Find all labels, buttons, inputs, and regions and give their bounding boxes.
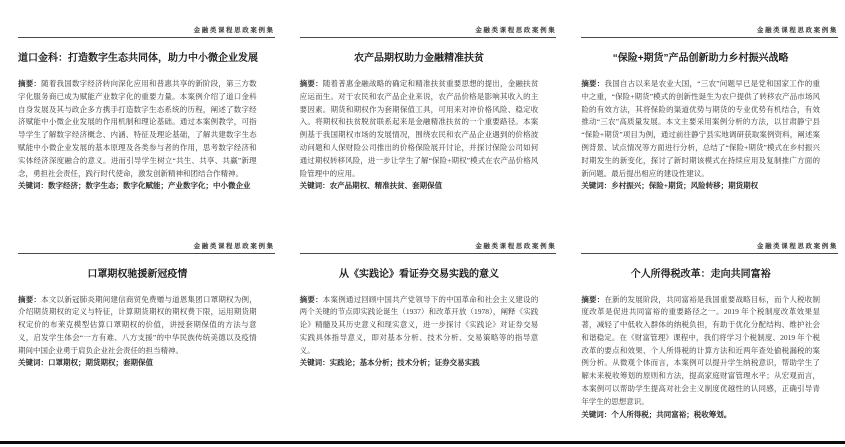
case-keywords: 关键词：数字经济；数字生态；数字化赋能；产业数字化；中小微企业 [18, 180, 257, 193]
page-header: 金融类课程思政案例集 [300, 243, 557, 254]
keywords-text: 农产品期权、精准扶贫、套期保值 [330, 181, 443, 190]
bottom-border-bar [0, 441, 845, 444]
collection-title-header: 金融类课程思政案例集 [300, 243, 557, 251]
case-abstract: 摘要：我国自古以来是农业大国，“三农”问题早已是党和国家工作的重中之重，“保险+… [581, 78, 820, 180]
abstract-label: 摘要： [18, 295, 41, 304]
case-title: 个人所得税改革：走向共同富裕 [581, 268, 820, 281]
header-rule [300, 253, 557, 254]
page-header: 金融类课程思政案例集 [18, 243, 275, 254]
case-keywords: 关键词：口罩期权；期货期权；套期保值 [18, 357, 257, 370]
keywords-text: 乡村振兴；保险+期货；风险转移；期货期权 [611, 181, 758, 190]
collection-title-header: 金融类课程思政案例集 [18, 27, 275, 35]
collection-title-header: 金融类课程思政案例集 [581, 243, 838, 251]
page-header: 金融类课程思政案例集 [581, 243, 838, 254]
page-header: 金融类课程思政案例集 [18, 27, 275, 38]
case-abstract: 摘要：随着普惠金融战略的确定和精准扶贫重要思想的提出，金融扶贫应运而生。对于农民… [300, 78, 539, 180]
keywords-text: 个人所得税；共同富裕；税收筹划。 [611, 410, 731, 419]
case-page-4: 金融类课程思政案例集 口罩期权驰援新冠疫情 摘要：本文以新冠肺炎期间建信商贸免费… [0, 224, 282, 447]
case-page-1: 金融类课程思政案例集 道口金科：打造数字生态共同体，助力中小微企业发展 摘要：随… [0, 0, 282, 224]
abstract-label: 摘要： [581, 295, 604, 304]
keywords-label: 关键词： [581, 410, 611, 419]
abstract-label: 摘要： [300, 79, 323, 88]
abstract-text: 随着普惠金融战略的确定和精准扶贫重要思想的提出，金融扶贫应运而生。对于农民和农产… [300, 79, 539, 178]
case-title: “保险+期货”产品创新助力乡村振兴战略 [581, 52, 820, 65]
page-header: 金融类课程思政案例集 [581, 27, 838, 38]
case-title: 口罩期权驰援新冠疫情 [18, 268, 257, 281]
collection-title-header: 金融类课程思政案例集 [581, 27, 838, 35]
case-keywords: 关键词：个人所得税；共同富裕；税收筹划。 [581, 409, 820, 422]
abstract-text: 我国自古以来是农业大国，“三农”问题早已是党和国家工作的重中之重，“保险+期货”… [581, 79, 820, 178]
header-rule [581, 37, 838, 38]
case-page-3: 金融类课程思政案例集 “保险+期货”产品创新助力乡村振兴战略 摘要：我国自古以来… [563, 0, 845, 224]
case-pages-grid: 金融类课程思政案例集 道口金科：打造数字生态共同体，助力中小微企业发展 摘要：随… [0, 0, 845, 447]
keywords-text: 实践论；基本分析；技术分析；证券交易实践 [330, 358, 480, 367]
collection-title-header: 金融类课程思政案例集 [300, 27, 557, 35]
case-abstract: 摘要：本文以新冠肺炎期间建信商贸免费赠与道恩集团口罩期权为例，介绍期货期权的定义… [18, 294, 257, 358]
case-page-6: 金融类课程思政案例集 个人所得税改革：走向共同富裕 摘要：在新的发展阶段，共同富… [563, 224, 845, 447]
header-rule [581, 253, 838, 254]
case-page-5: 金融类课程思政案例集 从《实践论》看证券交易实践的意义 摘要：本案例通过回顾中国… [282, 224, 564, 447]
keywords-text: 口罩期权；期货期权；套期保值 [48, 358, 153, 367]
collection-title-header: 金融类课程思政案例集 [18, 243, 275, 251]
abstract-text: 在新的发展阶段，共同富裕是我国重要战略目标，而个人税收制度改革是促进共同富裕的重… [581, 295, 820, 406]
header-rule [18, 253, 275, 254]
case-title: 道口金科：打造数字生态共同体，助力中小微企业发展 [18, 52, 257, 65]
abstract-text: 本文以新冠肺炎期间建信商贸免费赠与道恩集团口罩期权为例，介绍期货期权的定义与特征… [18, 295, 257, 355]
case-keywords: 关键词：农产品期权、精准扶贫、套期保值 [300, 180, 539, 193]
case-abstract: 摘要：本案例通过回顾中国共产党领导下的中国革命和社会主义建设的两个关键的节点即实… [300, 294, 539, 358]
case-title: 从《实践论》看证券交易实践的意义 [300, 268, 539, 281]
page-header: 金融类课程思政案例集 [300, 27, 557, 38]
case-abstract: 摘要：在新的发展阶段，共同富裕是我国重要战略目标，而个人税收制度改革是促进共同富… [581, 294, 820, 409]
abstract-text: 随着我国数字经济转向深化应用和普惠共享的新阶段，第三方数字化服务商已成为赋能产业… [18, 79, 257, 178]
abstract-label: 摘要： [300, 295, 323, 304]
header-rule [300, 37, 557, 38]
case-title: 农产品期权助力金融精准扶贫 [300, 52, 539, 65]
abstract-text: 本案例通过回顾中国共产党领导下的中国革命和社会主义建设的两个关键的节点即实践论诞… [300, 295, 539, 355]
abstract-label: 摘要： [18, 79, 41, 88]
case-keywords: 关键词：实践论；基本分析；技术分析；证券交易实践 [300, 357, 539, 370]
abstract-label: 摘要： [581, 79, 604, 88]
keywords-label: 关键词： [18, 358, 48, 367]
case-page-2: 金融类课程思政案例集 农产品期权助力金融精准扶贫 摘要：随着普惠金融战略的确定和… [282, 0, 564, 224]
header-rule [18, 37, 275, 38]
keywords-label: 关键词： [300, 358, 330, 367]
keywords-text: 数字经济；数字生态；数字化赋能；产业数字化；中小微企业 [48, 181, 251, 190]
case-keywords: 关键词：乡村振兴；保险+期货；风险转移；期货期权 [581, 180, 820, 193]
case-abstract: 摘要：随着我国数字经济转向深化应用和普惠共享的新阶段，第三方数字化服务商已成为赋… [18, 78, 257, 180]
keywords-label: 关键词： [300, 181, 330, 190]
keywords-label: 关键词： [18, 181, 48, 190]
keywords-label: 关键词： [581, 181, 611, 190]
